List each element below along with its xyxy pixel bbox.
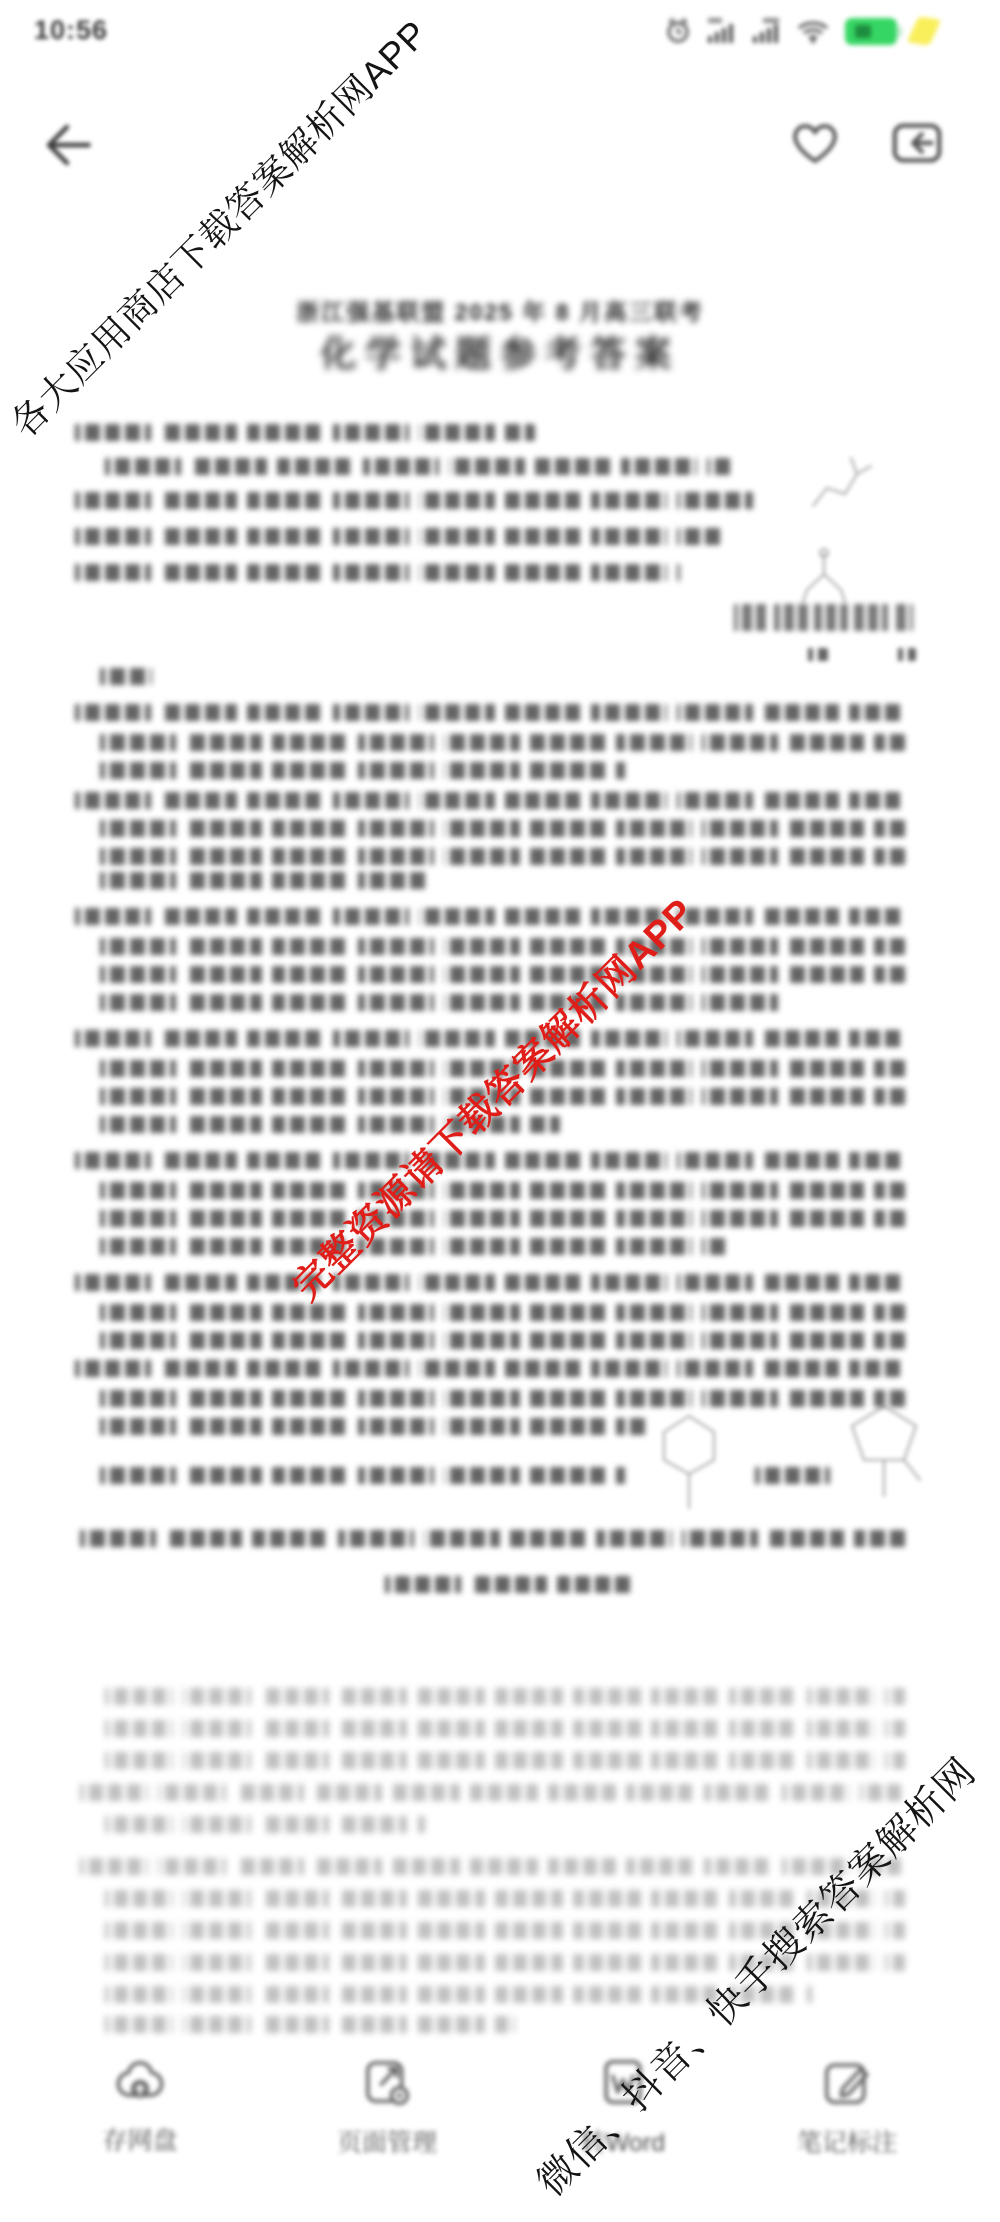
redacted-text-line	[90, 1060, 905, 1077]
redacted-text-line	[65, 1152, 905, 1169]
redacted-text-line	[65, 1274, 905, 1291]
alarm-icon	[665, 17, 691, 45]
redacted-text-line	[90, 1182, 905, 1199]
redacted-text-line	[728, 604, 913, 631]
app-screen: 10:56	[0, 0, 1000, 2222]
heart-icon[interactable]	[785, 112, 845, 172]
redacted-text-line	[65, 908, 905, 925]
redacted-text-line	[90, 1304, 905, 1321]
watermark-top-left: 各大应用商店下载答案解析网APP	[2, 11, 438, 447]
redacted-text-line	[95, 1922, 905, 1939]
redacted-text-line	[65, 424, 535, 441]
toolbar-item-note-annotate[interactable]: 笔记标注	[772, 2056, 922, 2159]
redacted-text-line	[90, 1332, 905, 1349]
redacted-text-line	[70, 1858, 905, 1875]
redacted-text-line	[90, 1116, 560, 1133]
redacted-text-line	[90, 938, 905, 955]
toolbar-label: 存网盘	[102, 2121, 177, 2157]
redacted-text-line	[375, 1576, 635, 1593]
redacted-text-line	[90, 1088, 905, 1105]
toolbar-label: 笔记标注	[797, 2123, 897, 2159]
redacted-text-line	[90, 820, 905, 837]
redacted-text-line	[90, 1390, 905, 1407]
chemical-structure-sketch	[795, 546, 853, 608]
edit-note-icon	[820, 2056, 874, 2108]
toolbar-item-save-cloud[interactable]: 存网盘	[65, 2056, 215, 2157]
cloud-upload-icon	[112, 2056, 168, 2106]
redacted-text-line	[95, 458, 735, 475]
redacted-text-line	[70, 1530, 910, 1547]
redacted-text-line	[90, 734, 905, 751]
clock-time: 10:56	[34, 15, 108, 46]
chemical-structure-sketch	[646, 1408, 732, 1516]
toolbar-item-page-manage[interactable]: 页面管理	[312, 2056, 462, 2159]
redacted-text-line	[65, 1360, 905, 1377]
redacted-text-line	[90, 848, 905, 865]
redacted-text-line	[95, 1752, 905, 1769]
status-icons	[665, 16, 936, 46]
redacted-text-line	[90, 668, 152, 685]
redacted-text-line	[90, 1467, 630, 1484]
redacted-text-line	[95, 1720, 905, 1737]
redacted-text-line	[95, 2016, 515, 2033]
page-manage-icon	[360, 2056, 414, 2108]
word-convert-icon	[596, 2056, 650, 2108]
redacted-text-line	[65, 704, 905, 721]
redacted-text-line	[70, 1784, 905, 1801]
redacted-text-line	[90, 966, 905, 983]
exam-title: 浙江强基联盟 2025 年 8 月高三联考	[0, 294, 1000, 327]
bottom-toolbar: 存网盘 页面管理 转Word	[0, 2040, 1000, 2222]
redacted-text-line	[90, 1210, 905, 1227]
vpn-yellow-icon	[907, 16, 942, 45]
chemical-structure-sketch	[805, 448, 877, 514]
redacted-text-line	[90, 994, 790, 1011]
redacted-text-line	[65, 792, 905, 809]
redacted-text-line	[798, 648, 828, 661]
redacted-text-line	[65, 528, 725, 545]
redacted-text-line	[95, 1816, 425, 1833]
back-arrow-icon[interactable]	[40, 118, 94, 172]
toolbar-item-word-convert[interactable]: 转Word	[548, 2056, 698, 2159]
redacted-text-line	[65, 1030, 905, 1047]
redacted-text-line	[745, 1467, 830, 1484]
redacted-text-line	[65, 564, 685, 581]
redacted-text-line	[95, 1986, 815, 2003]
chemical-structure-sketch	[838, 1396, 930, 1508]
battery-icon	[845, 18, 897, 45]
redacted-text-line	[90, 1238, 730, 1255]
toolbar-label: 页面管理	[337, 2123, 437, 2159]
redacted-text-line	[95, 1890, 905, 1907]
toolbar-label: 转Word	[581, 2123, 665, 2159]
redacted-text-line	[95, 1688, 905, 1705]
share-icon[interactable]	[888, 115, 946, 171]
redacted-text-line	[888, 648, 916, 661]
redacted-text-line	[95, 1954, 905, 1971]
redacted-text-line	[65, 492, 765, 509]
wifi-icon	[796, 17, 830, 45]
redacted-text-line	[90, 1418, 650, 1435]
redacted-text-line	[90, 872, 430, 889]
cell-signal-2-icon	[751, 16, 781, 46]
exam-subtitle: 化学试题参考答案	[0, 326, 1000, 377]
redacted-text-line	[90, 762, 630, 779]
cell-signal-1-icon	[706, 16, 736, 46]
